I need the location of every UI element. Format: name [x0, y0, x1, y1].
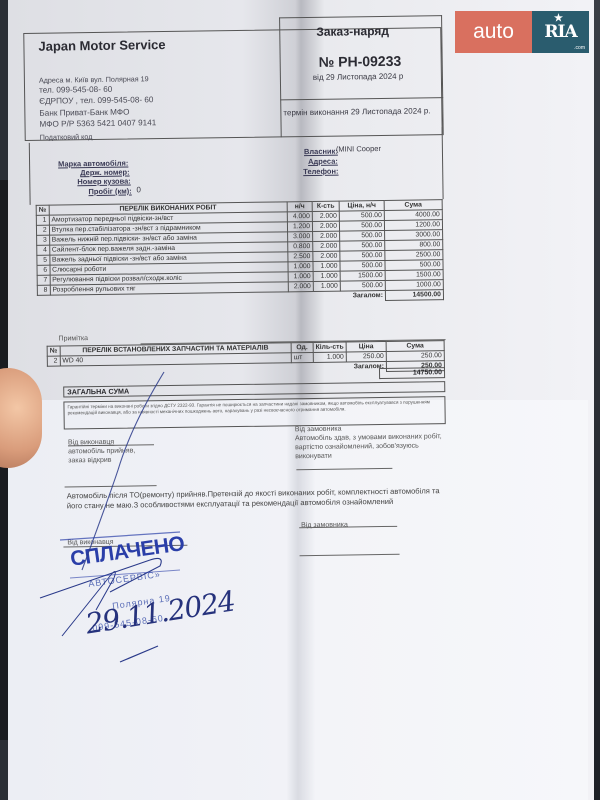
autoria-logo: auto ★ RIA .com: [455, 11, 589, 53]
signature-strokes: [0, 0, 600, 800]
logo-ria-block: ★ RIA .com: [532, 11, 589, 53]
logo-auto-text: auto: [455, 11, 532, 53]
finger-holding-paper: [0, 368, 42, 468]
logo-ria-text: RIA: [544, 22, 576, 42]
star-icon: ★: [554, 13, 562, 24]
logo-com-text: .com: [574, 45, 585, 51]
